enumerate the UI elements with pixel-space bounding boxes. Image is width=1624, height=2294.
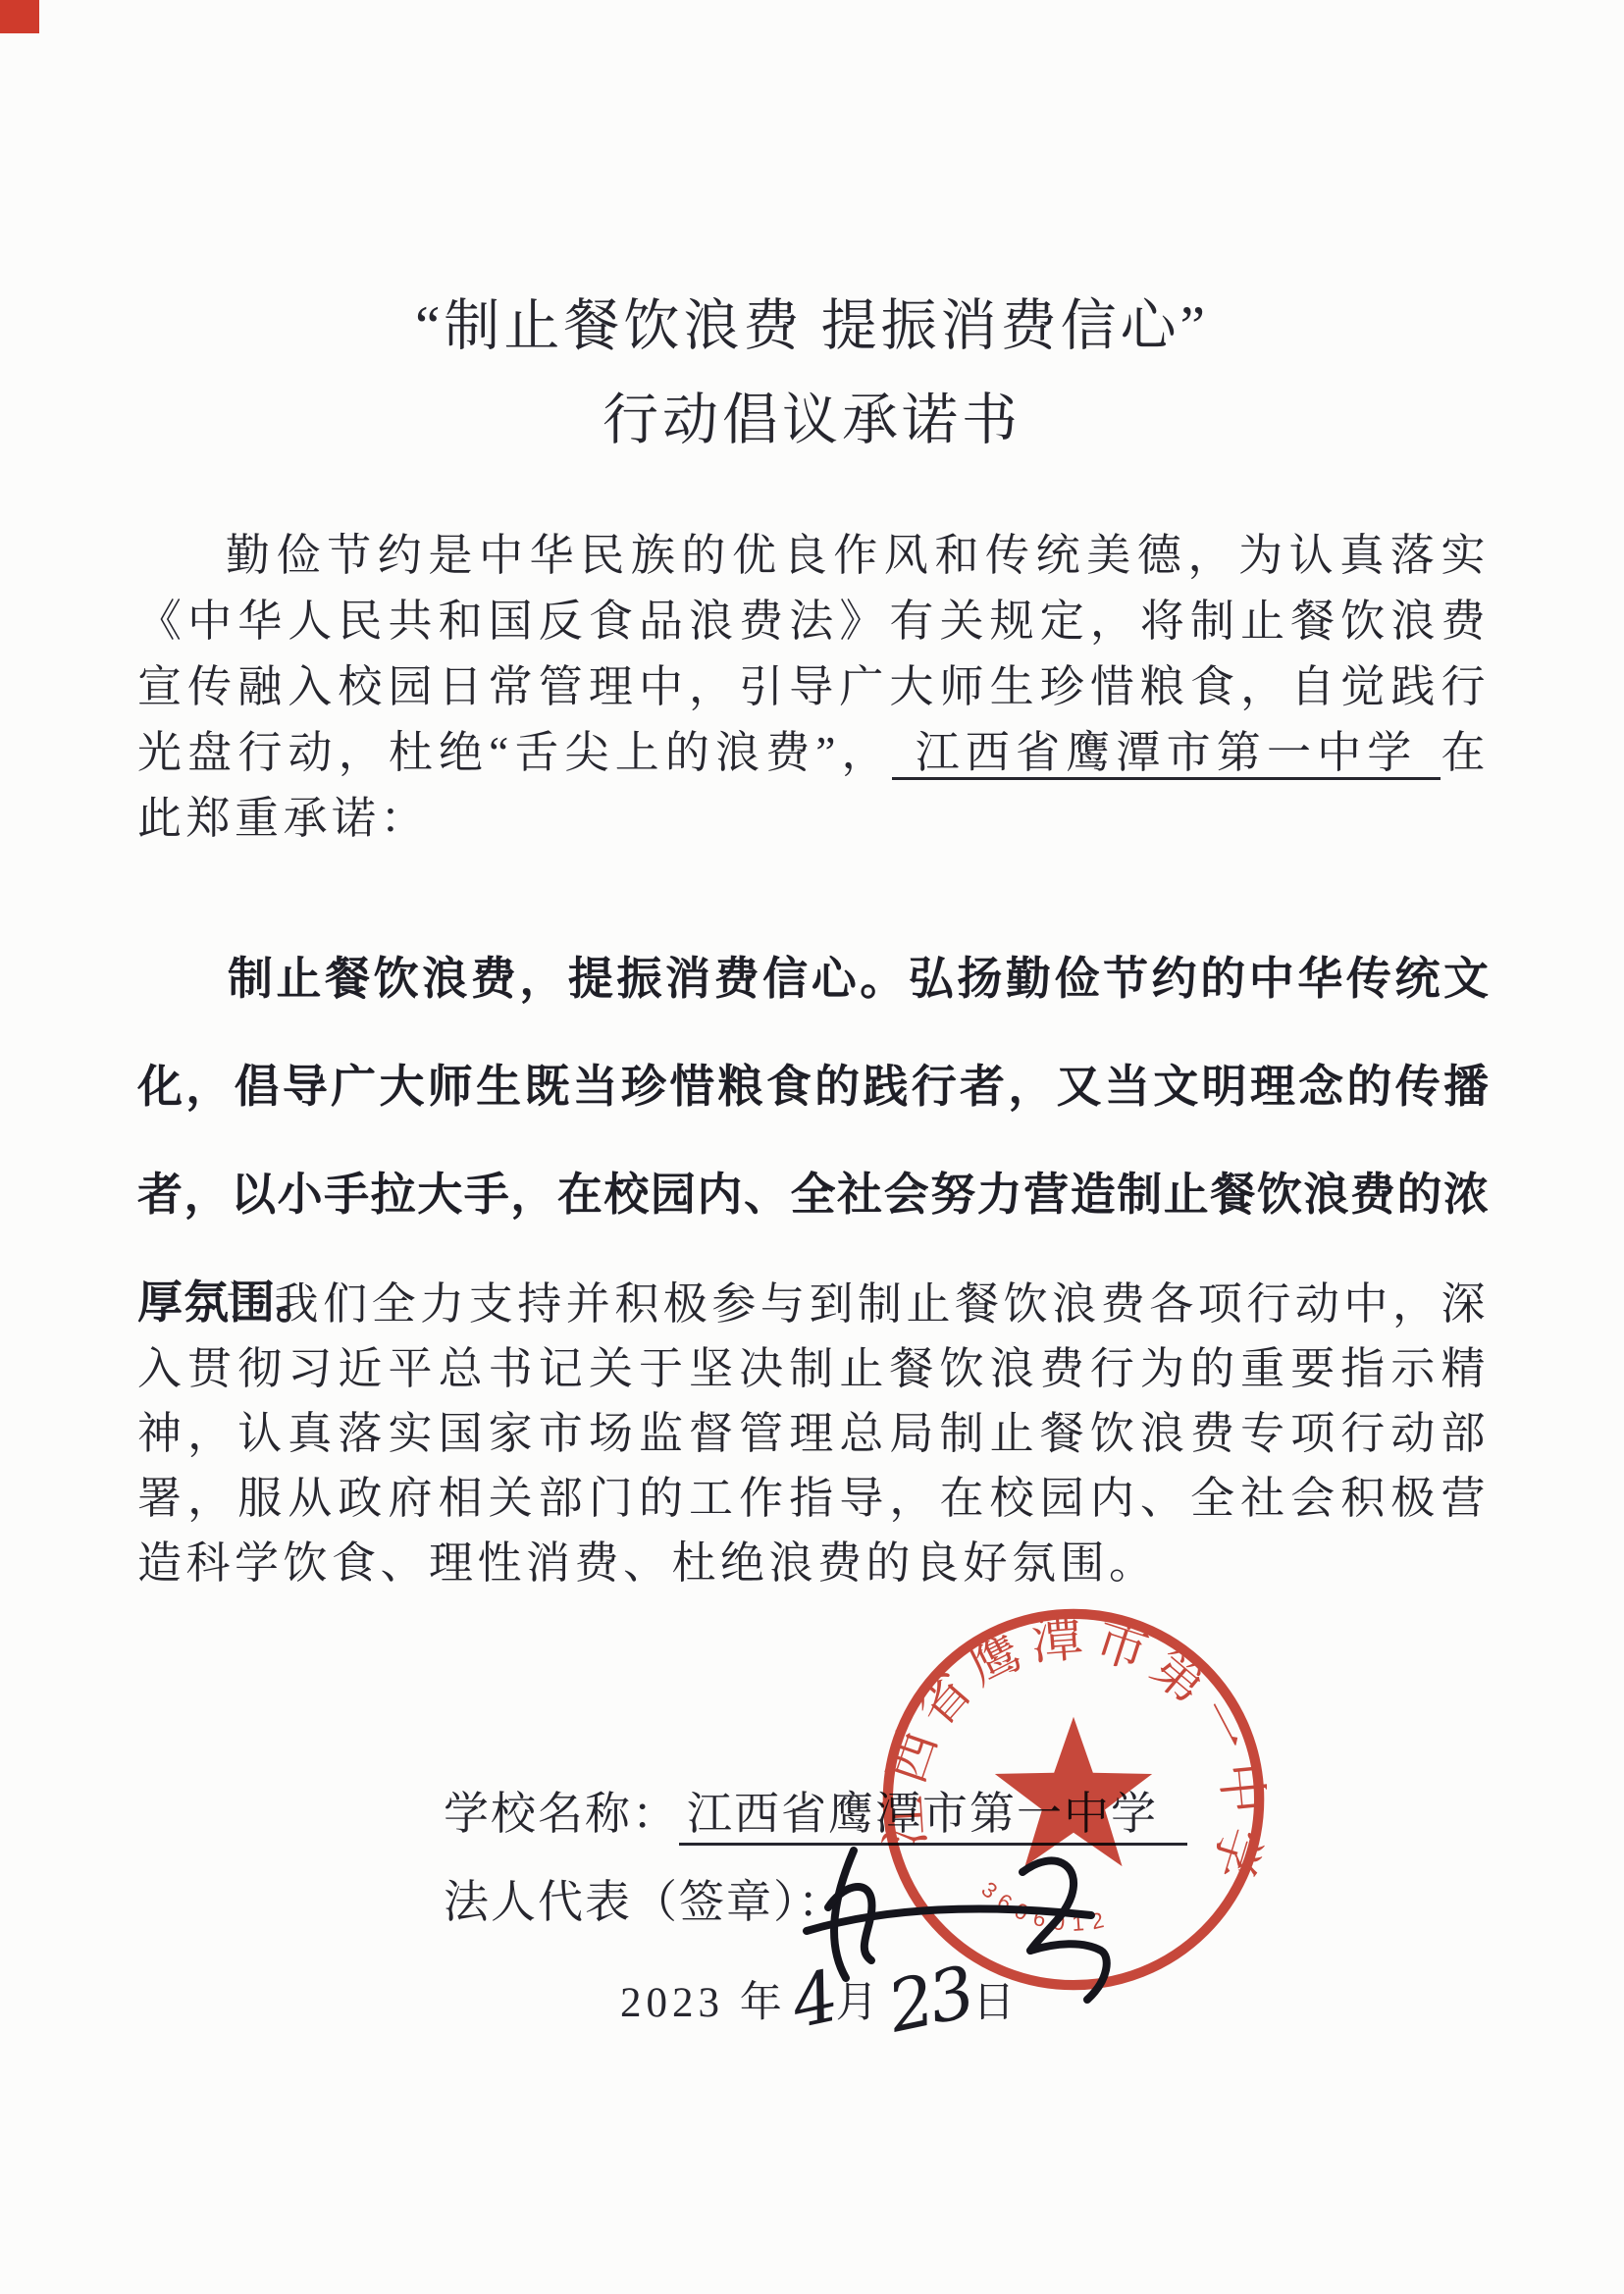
date-year: 2023 <box>620 1980 724 2026</box>
paragraph-action-support: 让我们全力支持并积极参与到制止餐饮浪费各项行动中，深入贯彻习近平总书记关于坚决制… <box>137 1272 1490 1595</box>
school-name-inline: 江西省鹰潭市第一中学 <box>892 728 1441 780</box>
document-title-line1: “制止餐饮浪费 提振消费信心” <box>0 281 1624 361</box>
school-name-label: 学校名称： <box>444 1789 679 1839</box>
paragraph-pledge-intro: 勤俭节约是中华民族的优良作风和传统美德，为认真落实《中华人民共和国反食品浪费法》… <box>137 523 1490 852</box>
legal-representative-signature <box>777 1813 1150 2019</box>
document-title-line2: 行动倡议承诺书 <box>0 375 1624 455</box>
document-page: “制止餐饮浪费 提振消费信心” 行动倡议承诺书 勤俭节约是中华民族的优良作风和传… <box>0 0 1624 2294</box>
scan-corner-mark <box>0 0 39 33</box>
